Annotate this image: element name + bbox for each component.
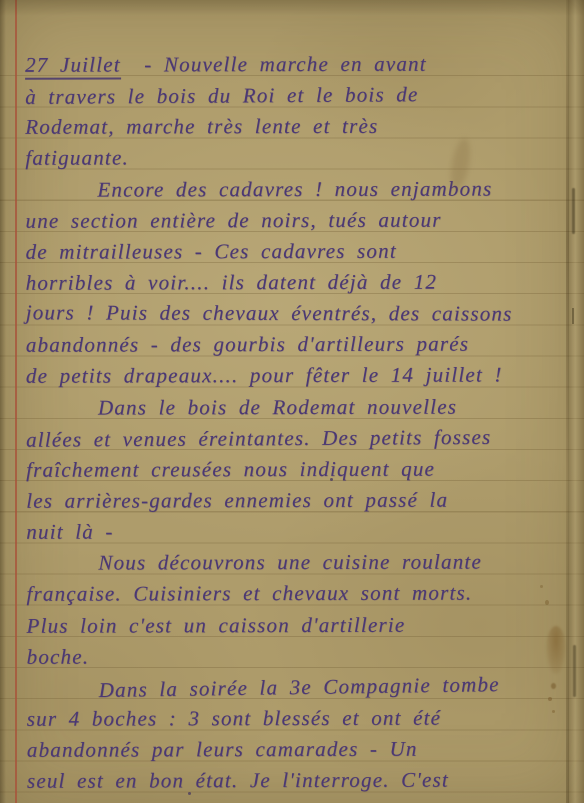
handwritten-line: abandonnés par leurs camarades - Un <box>27 733 579 766</box>
handwritten-line: boche. <box>27 640 579 673</box>
handwritten-line: Dans la soirée la 3e Compagnie tombe <box>26 668 578 707</box>
handwritten-line: abandonnés - des gourbis d'artilleurs pa… <box>26 329 578 362</box>
handwritten-line: jours ! Puis des chevaux éventrés, des c… <box>26 297 578 330</box>
stain-speck <box>552 710 555 713</box>
date-line: 27 Juillet - Nouvelle marche en avant <box>25 48 577 81</box>
stain-speck <box>548 697 552 701</box>
edge-mark <box>572 188 575 234</box>
handwritten-line: fraîchement creusées nous indiquent que <box>26 453 578 486</box>
handwritten-line: - Nouvelle marche en avant <box>144 52 427 77</box>
handwritten-line: Encore des cadavres ! nous enjambons <box>25 173 577 206</box>
handwritten-line: Nous découvrons une cuisine roulante <box>26 547 578 580</box>
handwritten-line: seul est en bon état. Je l'interroge. C'… <box>27 765 579 798</box>
handwritten-line: allées et venues éreintantes. Des petits… <box>26 421 578 456</box>
handwritten-line: nuit là - <box>26 515 578 548</box>
handwritten-line: française. Cuisiniers et chevaux sont mo… <box>26 578 578 611</box>
left-edge-shadow <box>0 0 6 803</box>
paper-stain <box>546 626 566 674</box>
handwritten-line: fatiguante. <box>25 142 577 175</box>
edge-mark <box>572 308 574 324</box>
handwritten-line: Rodemat, marche très lente et très <box>25 111 577 144</box>
ink-speck <box>188 792 191 795</box>
top-edge-shadow <box>0 0 584 16</box>
margin-line <box>15 0 17 803</box>
ink-speck <box>330 478 333 481</box>
stain-speck <box>551 683 556 689</box>
handwritten-line: sur 4 boches : 3 sont blessés et ont été <box>27 702 579 735</box>
stain-speck <box>545 600 549 605</box>
stain-speck <box>540 585 543 588</box>
handwritten-line: de petits drapeaux.... pour fêter le 14 … <box>26 360 578 393</box>
handwritten-text-block: 27 Juillet - Nouvelle marche en avant à … <box>25 48 579 797</box>
handwritten-line: de mitrailleuses - Ces cadavres sont <box>26 235 578 268</box>
handwritten-line: les arrières-gardes ennemies ont passé l… <box>26 484 578 517</box>
handwritten-line: horribles à voir.... ils datent déjà de … <box>26 266 578 299</box>
edge-mark <box>573 645 576 697</box>
handwritten-line: à travers le bois du Roi et le bois de <box>25 78 577 113</box>
handwritten-line: Plus loin c'est un caisson d'artillerie <box>26 609 578 642</box>
handwritten-line: Dans le bois de Rodemat nouvelles <box>26 391 578 424</box>
entry-date: 27 Juillet <box>25 52 121 79</box>
handwritten-line: une section entière de noirs, tués autou… <box>25 204 577 237</box>
diary-page: 27 Juillet - Nouvelle marche en avant à … <box>0 0 584 803</box>
